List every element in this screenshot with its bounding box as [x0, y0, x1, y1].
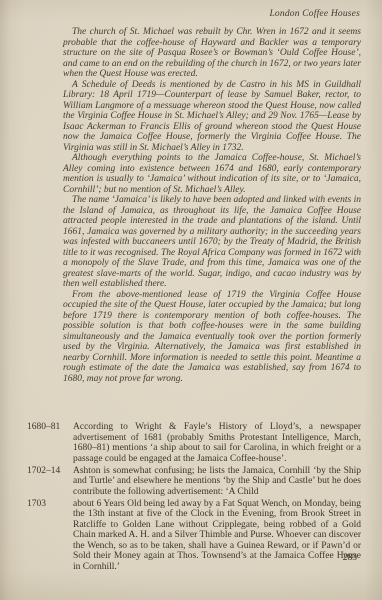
paragraph: From the above-mentioned lease of 1719 t…: [63, 290, 361, 385]
paragraph: The church of St. Michael was rebuilt by…: [63, 27, 361, 80]
intro-section: The church of St. Michael was rebuilt by…: [63, 27, 361, 384]
entry-row: 1680–81 According to Wright & Fayle’s Hi…: [27, 422, 361, 464]
paragraph: Although everything points to the Jamaic…: [63, 153, 361, 195]
running-head: London Coffee Houses: [269, 9, 360, 19]
entry-date: 1680–81: [27, 422, 73, 433]
entry-text: about 6 Years Old being led away by a Fa…: [73, 499, 361, 573]
entry-text: Ashton is somewhat confusing; he lists t…: [73, 466, 361, 498]
paragraph: A Schedule of Deeds is mentioned by de C…: [63, 80, 361, 154]
scanned-book-page: London Coffee Houses The church of St. M…: [0, 0, 382, 600]
entry-row: 1702–14 Ashton is somewhat confusing; he…: [27, 466, 361, 498]
entry-row: 1703 about 6 Years Old being led away by…: [27, 499, 361, 573]
paragraph: The name ‘Jamaica’ is likely to have bee…: [63, 195, 361, 290]
dated-entries-section: 1680–81 According to Wright & Fayle’s Hi…: [27, 422, 361, 574]
entry-date: 1703: [27, 499, 73, 510]
entry-date: 1702–14: [27, 466, 73, 477]
entry-text: According to Wright & Fayle’s History of…: [73, 422, 361, 464]
page-number: 283: [343, 553, 357, 563]
